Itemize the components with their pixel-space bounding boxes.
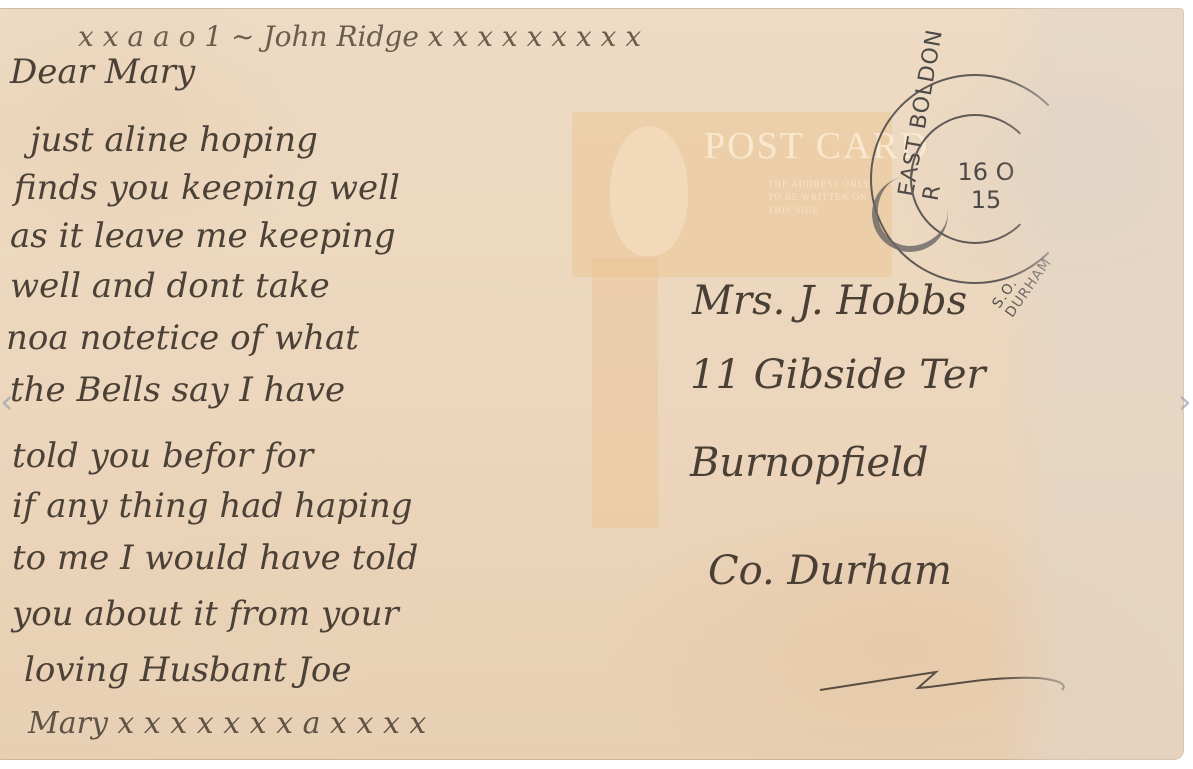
address-name: Mrs. J. Hobbs: [692, 278, 967, 324]
address-street: 11 Gibside Ter: [690, 352, 986, 398]
postmark-inner-ring: 16 O 15: [910, 114, 1040, 244]
postmark-day-month: 16 O: [956, 158, 1016, 186]
previous-image-button[interactable]: ‹: [0, 382, 22, 422]
message-line: you about it from your: [12, 594, 399, 634]
printed-indicia-border: [592, 258, 658, 528]
header-line: x x a a o 1 ~ John Ridge x x x x x x x x…: [78, 20, 641, 53]
postmark-date: 16 O 15: [956, 158, 1016, 214]
signature-flourish: [818, 664, 1078, 694]
address-county: Co. Durham: [708, 548, 952, 594]
message-line: as it leave me keeping: [10, 216, 396, 256]
chevron-right-icon: ›: [1178, 382, 1192, 422]
next-image-button[interactable]: ›: [1178, 382, 1193, 422]
postmark: EAST BOLDON R 16 O 15 S.O. DURHAM: [870, 74, 1080, 284]
message-line: Dear Mary: [10, 52, 195, 92]
stamp-portrait: [610, 126, 688, 256]
address-town: Burnopfield: [690, 440, 928, 486]
message-line: noa notetice of what: [6, 318, 359, 358]
postcard: POST CARD THE ADDRESS ONLY TO BE WRITTEN…: [0, 8, 1184, 760]
message-line: loving Husbant Joe: [24, 650, 352, 690]
message-line: Mary x x x x x x x a x x x x: [28, 706, 426, 741]
message-line: finds you keeping well: [14, 168, 400, 208]
message-line: well and dont take: [10, 266, 330, 306]
printed-subtitle: THE ADDRESS ONLY TO BE WRITTEN ON THIS S…: [768, 178, 878, 217]
message-line: the Bells say I have: [10, 370, 345, 410]
message-line: told you befor for: [12, 436, 313, 476]
chevron-left-icon: ‹: [0, 382, 14, 422]
message-line: to me I would have told: [12, 538, 418, 578]
postmark-year: 15: [956, 186, 1016, 214]
message-line: if any thing had haping: [12, 486, 413, 526]
message-line: just aline hoping: [30, 120, 318, 160]
